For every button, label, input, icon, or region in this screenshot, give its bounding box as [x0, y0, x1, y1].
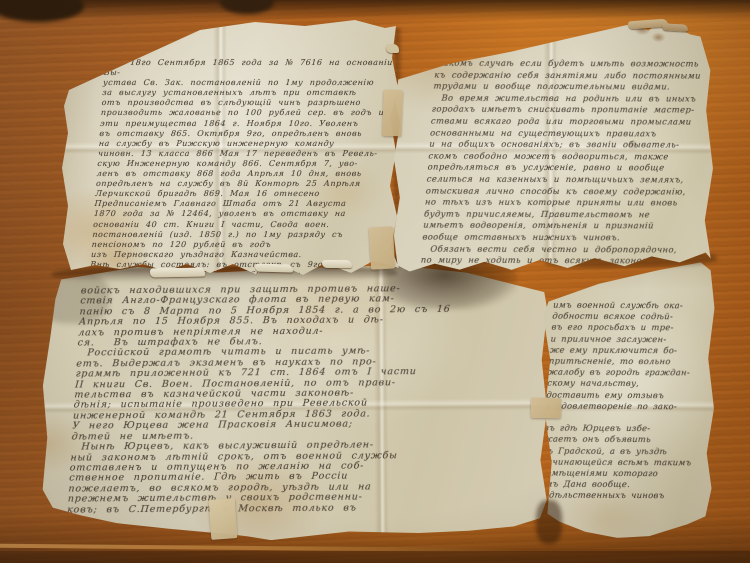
tape-repair-patch [531, 398, 561, 419]
tape-repair-patch [209, 498, 238, 540]
torn-edge-curl [662, 23, 688, 31]
manuscript-page-bottom-left: войскъ находившихся при защитѣ противъ н… [17, 250, 551, 549]
handwritten-text-bottom-left: войскъ находившихся при защитѣ противъ н… [67, 283, 553, 515]
torn-edge-curl [322, 260, 352, 268]
table-edge-shadow [0, 551, 750, 563]
torn-edge-curl [255, 264, 293, 273]
photo-of-manuscript: войскъ находившихся при защитѣ противъ н… [0, 0, 750, 563]
torn-edge-curl [386, 44, 399, 53]
tape-repair-patch [382, 90, 403, 137]
handwritten-text-top-left: отъ 18го Сентября 1865 года за № 7616 на… [89, 58, 401, 280]
handwritten-text-top-right: такомъ случаѣ если будетъ имѣть возможно… [420, 58, 717, 268]
tape-repair-patch [369, 226, 395, 269]
handwritten-text-bottom-right: имъ военной службѣ ока- добности всякое … [538, 300, 725, 502]
torn-edge-curl [150, 268, 205, 278]
